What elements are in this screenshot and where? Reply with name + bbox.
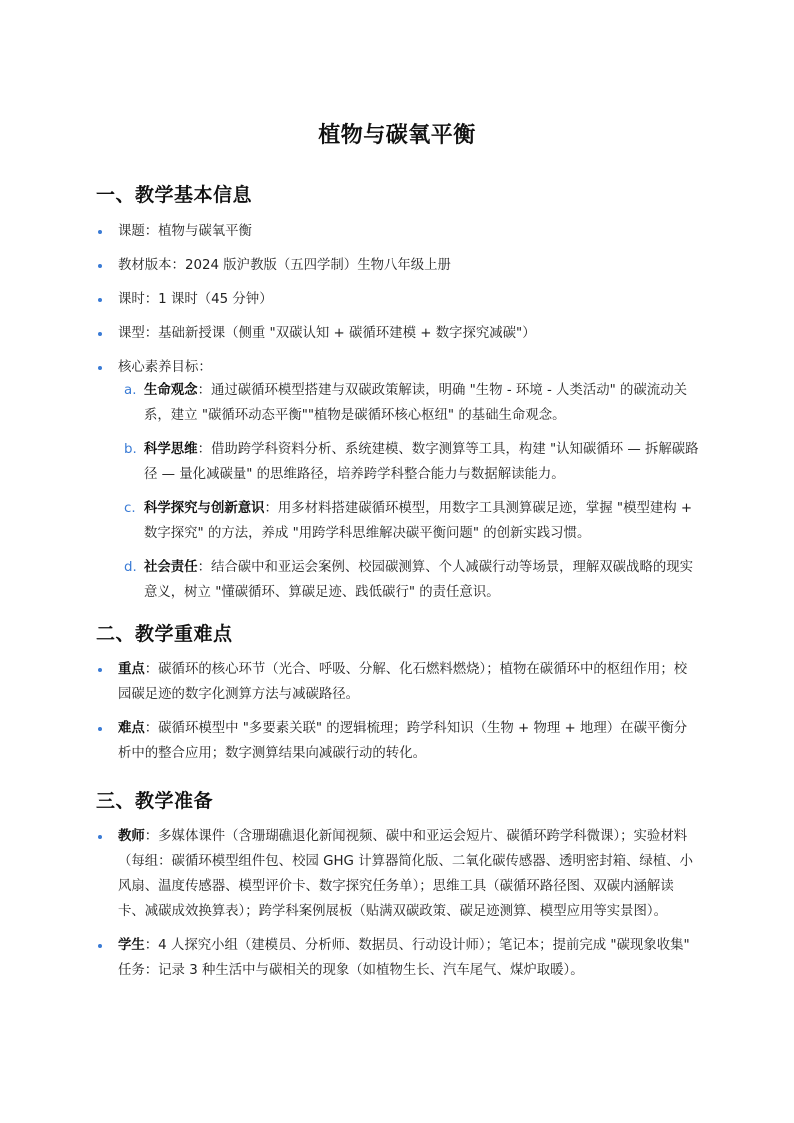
list-item: 课题：植物与碳氧平衡 bbox=[96, 219, 700, 244]
bullet-icon bbox=[98, 944, 102, 948]
item-lead: 教师 bbox=[118, 829, 145, 844]
item-lead: 难点 bbox=[118, 721, 145, 736]
item-lead: 重点 bbox=[118, 662, 145, 677]
list-item-student: 学生：4 人探究小组（建模员、分析师、数据员、行动设计师）；笔记本；提前完成 "… bbox=[96, 933, 700, 983]
item-text: ：4 人探究小组（建模员、分析师、数据员、行动设计师）；笔记本；提前完成 "碳现… bbox=[118, 938, 690, 978]
goal-item-inquiry-innovation: c. 科学探究与创新意识：用多材料搭建碳循环模型，用数字工具测算碳足迹，掌握 "… bbox=[118, 496, 700, 546]
preparation-list: 教师：多媒体课件（含珊瑚礁退化新闻视频、碳中和亚运会短片、碳循环跨学科微课）；实… bbox=[96, 824, 700, 992]
document-page: 植物与碳氧平衡 一、教学基本信息 课题：植物与碳氧平衡 教材版本：2024 版沪… bbox=[0, 0, 794, 1123]
section-heading-preparation: 三、教学准备 bbox=[96, 786, 213, 813]
list-marker: c. bbox=[124, 496, 136, 521]
goal-lead: 生命观念 bbox=[144, 383, 198, 398]
list-item: 课型：基础新授课（侧重 "双碳认知 + 碳循环建模 + 数字探究减碳"） bbox=[96, 321, 700, 346]
goal-lead: 科学思维 bbox=[144, 442, 198, 457]
bullet-icon bbox=[98, 366, 102, 370]
bullet-icon bbox=[98, 332, 102, 336]
key-points-list: 重点：碳循环的核心环节（光合、呼吸、分解、化石燃料燃烧）；植物在碳循环中的枢纽作… bbox=[96, 657, 700, 775]
list-marker: a. bbox=[124, 378, 136, 403]
item-text: 课型：基础新授课（侧重 "双碳认知 + 碳循环建模 + 数字探究减碳"） bbox=[118, 326, 536, 341]
core-literacy-goals-list: a. 生命观念：通过碳循环模型搭建与双碳政策解读，明确 "生物 - 环境 - 人… bbox=[118, 378, 700, 614]
item-text: 课题：植物与碳氧平衡 bbox=[118, 224, 252, 239]
basic-info-list: 课题：植物与碳氧平衡 教材版本：2024 版沪教版（五四学制）生物八年级上册 课… bbox=[96, 219, 700, 389]
goal-text: ：借助跨学科资料分析、系统建模、数字测算等工具，构建 "认知碳循环 — 拆解碳路… bbox=[144, 442, 699, 482]
list-item: 课时：1 课时（45 分钟） bbox=[96, 287, 700, 312]
bullet-icon bbox=[98, 298, 102, 302]
item-text: ：碳循环的核心环节（光合、呼吸、分解、化石燃料燃烧）；植物在碳循环中的枢纽作用；… bbox=[118, 662, 687, 702]
bullet-icon bbox=[98, 264, 102, 268]
list-item-difficult-point: 难点：碳循环模型中 "多要素关联" 的逻辑梳理；跨学科知识（生物 + 物理 + … bbox=[96, 716, 700, 766]
section-heading-key-difficult-points: 二、教学重难点 bbox=[96, 619, 233, 646]
item-text: 教材版本：2024 版沪教版（五四学制）生物八年级上册 bbox=[118, 258, 451, 273]
list-item-teacher: 教师：多媒体课件（含珊瑚礁退化新闻视频、碳中和亚运会短片、碳循环跨学科微课）；实… bbox=[96, 824, 700, 924]
goal-item-social-responsibility: d. 社会责任：结合碳中和亚运会案例、校园碳测算、个人减碳行动等场景，理解双碳战… bbox=[118, 555, 700, 605]
bullet-icon bbox=[98, 835, 102, 839]
goal-text: ：通过碳循环模型搭建与双碳政策解读，明确 "生物 - 环境 - 人类活动" 的碳… bbox=[144, 383, 687, 423]
goal-item-scientific-thinking: b. 科学思维：借助跨学科资料分析、系统建模、数字测算等工具，构建 "认知碳循环… bbox=[118, 437, 700, 487]
document-title: 植物与碳氧平衡 bbox=[0, 118, 794, 149]
list-marker: b. bbox=[124, 437, 137, 462]
item-text: ：多媒体课件（含珊瑚礁退化新闻视频、碳中和亚运会短片、碳循环跨学科微课）；实验材… bbox=[118, 829, 693, 919]
goal-lead: 社会责任 bbox=[144, 560, 198, 575]
list-item-key-point: 重点：碳循环的核心环节（光合、呼吸、分解、化石燃料燃烧）；植物在碳循环中的枢纽作… bbox=[96, 657, 700, 707]
list-marker: d. bbox=[124, 555, 137, 580]
list-item: 教材版本：2024 版沪教版（五四学制）生物八年级上册 bbox=[96, 253, 700, 278]
goal-item-life-concept: a. 生命观念：通过碳循环模型搭建与双碳政策解读，明确 "生物 - 环境 - 人… bbox=[118, 378, 700, 428]
item-text: 课时：1 课时（45 分钟） bbox=[118, 292, 273, 307]
item-text: 核心素养目标： bbox=[118, 360, 212, 375]
section-heading-basic-info: 一、教学基本信息 bbox=[96, 180, 252, 207]
list-item: 核心素养目标： bbox=[96, 355, 700, 380]
goal-text: ：结合碳中和亚运会案例、校园碳测算、个人减碳行动等场景，理解双碳战略的现实意义，… bbox=[144, 560, 693, 600]
item-text: ：碳循环模型中 "多要素关联" 的逻辑梳理；跨学科知识（生物 + 物理 + 地理… bbox=[118, 721, 687, 761]
item-lead: 学生 bbox=[118, 938, 145, 953]
bullet-icon bbox=[98, 230, 102, 234]
bullet-icon bbox=[98, 727, 102, 731]
goal-lead: 科学探究与创新意识 bbox=[144, 501, 265, 516]
bullet-icon bbox=[98, 668, 102, 672]
